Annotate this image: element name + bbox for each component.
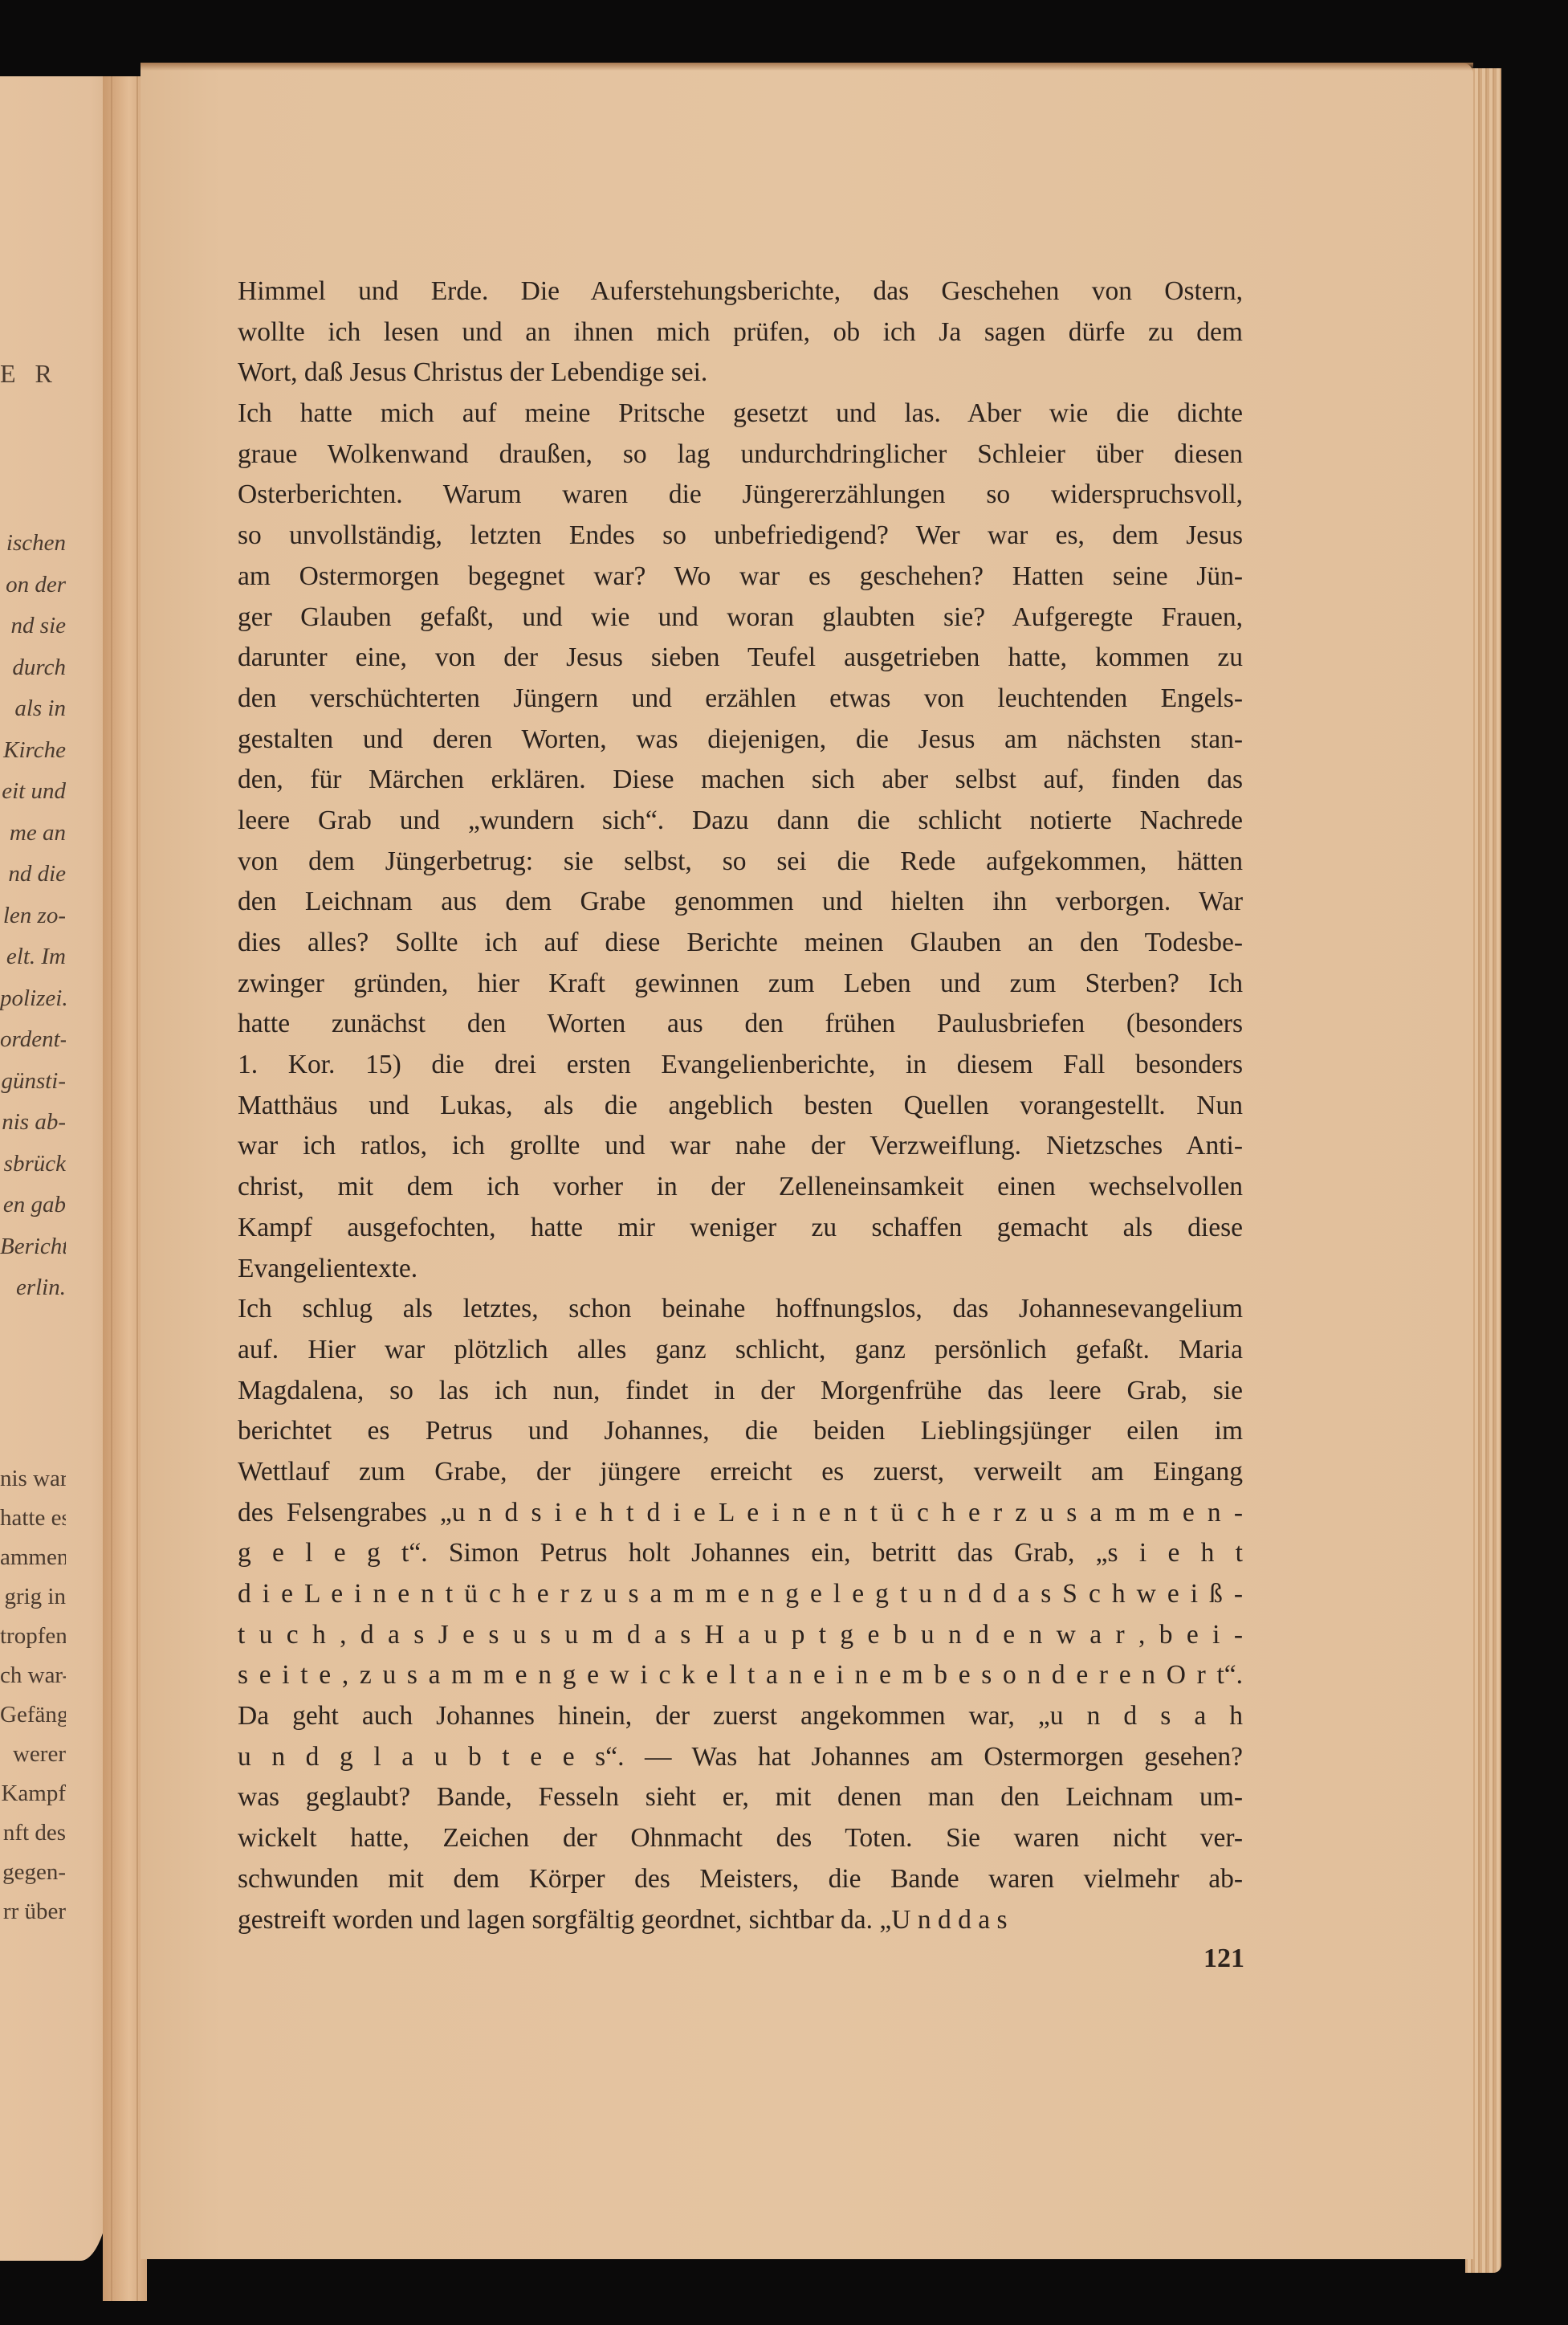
left-page-text-fragment: ch war-	[0, 1662, 66, 1689]
left-page-text-fragment: ammen-	[0, 1544, 66, 1571]
left-page-text-fragment: nis ab-	[0, 1109, 66, 1136]
text-line: Wort, daß Jesus Christus der Lebendige s…	[238, 353, 1243, 394]
text-line: Matthäus und Lukas, als die angeblich be…	[238, 1086, 1243, 1127]
text-line: hatte zunächst den Worten aus den frühen…	[238, 1004, 1243, 1045]
left-page-text-fragment: erlin.	[0, 1275, 66, 1301]
left-page-text-fragment: nis war	[0, 1466, 66, 1492]
gutter-fold-line	[111, 76, 112, 2301]
text-line: war ich ratlos, ich grollte und war nahe…	[238, 1126, 1243, 1167]
text-line: was geglaubt? Bande, Fesseln sieht er, m…	[238, 1777, 1243, 1818]
left-page-heading-fragment: E R	[0, 359, 53, 389]
text-line: zwinger gründen, hier Kraft gewinnen zum…	[238, 964, 1243, 1005]
text-line: Himmel und Erde. Die Auferstehungsberich…	[238, 271, 1243, 312]
left-page-text-fragment: ischen	[0, 530, 66, 557]
text-line: 1. Kor. 15) die drei ersten Evangelienbe…	[238, 1045, 1243, 1086]
text-line: Wettlauf zum Grabe, der jüngere erreicht…	[238, 1452, 1243, 1493]
text-line: Ich hatte mich auf meine Pritsche gesetz…	[238, 394, 1243, 434]
left-page-text-fragment: Kampf	[0, 1780, 66, 1807]
text-line: leere Grab und „wundern sich“. Dazu dann…	[238, 801, 1243, 842]
left-page-text-fragment: tropfen	[0, 1623, 66, 1650]
left-page-text-fragment: nft des	[0, 1820, 66, 1846]
left-page-text-fragment: ordent-	[0, 1026, 66, 1053]
text-line: christ, mit dem ich vorher in der Zellen…	[238, 1167, 1243, 1208]
left-page-text-fragment: len zo-	[0, 903, 66, 929]
left-page-text-fragment: werer	[0, 1741, 66, 1768]
left-page-text-fragment: rr über	[0, 1899, 66, 1925]
text-line: des Felsengrabes „u n d s i e h t d i e …	[238, 1493, 1243, 1534]
left-page-text-fragment: als in	[0, 695, 66, 722]
text-line: ger Glauben gefaßt, und wie und woran gl…	[238, 598, 1243, 638]
left-page-text-fragment: polizei.	[0, 985, 66, 1012]
left-page-text-fragment: sbrück	[0, 1151, 66, 1177]
left-page-text-fragment: hatte es	[0, 1505, 66, 1532]
text-line: wickelt hatte, Zeichen der Ohnmacht des …	[238, 1818, 1243, 1859]
left-page-text-fragment: en gab	[0, 1192, 66, 1218]
text-line: Ich schlug als letztes, schon beinahe ho…	[238, 1289, 1243, 1330]
gutter-fold-line	[136, 76, 138, 2301]
left-page-text-fragment: grig in	[0, 1584, 66, 1610]
text-line: gestreift worden und lagen sorgfältig ge…	[238, 1900, 1243, 1941]
left-page-text-fragment: günsti-	[0, 1068, 66, 1095]
text-line: darunter eine, von der Jesus sieben Teuf…	[238, 638, 1243, 679]
left-page-text-fragment: durch	[0, 655, 66, 681]
left-page-text-fragment: Gefäng-	[0, 1702, 66, 1728]
text-line: Osterberichten. Warum waren die Jüngerer…	[238, 475, 1243, 516]
text-line: Evangelientexte.	[238, 1249, 1243, 1290]
left-page-text-fragment: gegen-	[0, 1859, 66, 1886]
text-line: gestalten und deren Worten, was diejenig…	[238, 720, 1243, 761]
left-page-text-fragment: eit und	[0, 778, 66, 805]
text-line: Da geht auch Johannes hinein, der zuerst…	[238, 1696, 1243, 1737]
text-line: den Leichnam aus dem Grabe genommen und …	[238, 882, 1243, 923]
left-page: E R ischenon dernd siedurchals inKirchee…	[0, 76, 112, 2261]
text-line: den, für Märchen erklären. Diese machen …	[238, 760, 1243, 801]
text-line: g e l e g t“. Simon Petrus holt Johannes…	[238, 1533, 1243, 1574]
text-line: so unvollständig, letzten Endes so unbef…	[238, 516, 1243, 557]
text-line: graue Wolkenwand draußen, so lag undurch…	[238, 434, 1243, 475]
text-line: Magdalena, so las ich nun, findet in der…	[238, 1371, 1243, 1412]
left-page-text-fragment: on der	[0, 572, 66, 598]
text-line: d i e L e i n e n t ü c h e r z u s a m …	[238, 1574, 1243, 1615]
text-line: von dem Jüngerbetrug: sie selbst, so sei…	[238, 842, 1243, 883]
text-line: u n d g l a u b t e e s“. — Was hat Joha…	[238, 1737, 1243, 1778]
text-line: Kampf ausgefochten, hatte mir weniger zu…	[238, 1208, 1243, 1249]
left-page-text-fragment: Bericht	[0, 1234, 66, 1260]
left-page-text-fragment: elt. Im	[0, 944, 66, 970]
text-line: am Ostermorgen begegnet war? Wo war es g…	[238, 557, 1243, 598]
text-line: auf. Hier war plötzlich alles ganz schli…	[238, 1330, 1243, 1371]
text-line: wollte ich lesen und an ihnen mich prüfe…	[238, 312, 1243, 353]
text-line: den verschüchterten Jüngern und erzählen…	[238, 679, 1243, 720]
page-top-shadow	[141, 63, 1473, 71]
text-line: dies alles? Sollte ich auf diese Bericht…	[238, 923, 1243, 964]
left-page-text-fragment: Kirche	[0, 737, 66, 764]
text-line: schwunden mit dem Körper des Meisters, d…	[238, 1859, 1243, 1900]
text-line: t u c h , d a s J e s u s u m d a s H a …	[238, 1615, 1243, 1656]
body-text: Himmel und Erde. Die Auferstehungsberich…	[238, 271, 1243, 1940]
page-number: 121	[1180, 1944, 1244, 1974]
left-page-text-fragment: nd die	[0, 861, 66, 887]
left-page-text-fragment: me an	[0, 820, 66, 846]
text-line: s e i t e , z u s a m m e n g e w i c k …	[238, 1655, 1243, 1696]
left-page-text-fragment: nd sie	[0, 613, 66, 639]
text-line: berichtet es Petrus und Johannes, die be…	[238, 1411, 1243, 1452]
